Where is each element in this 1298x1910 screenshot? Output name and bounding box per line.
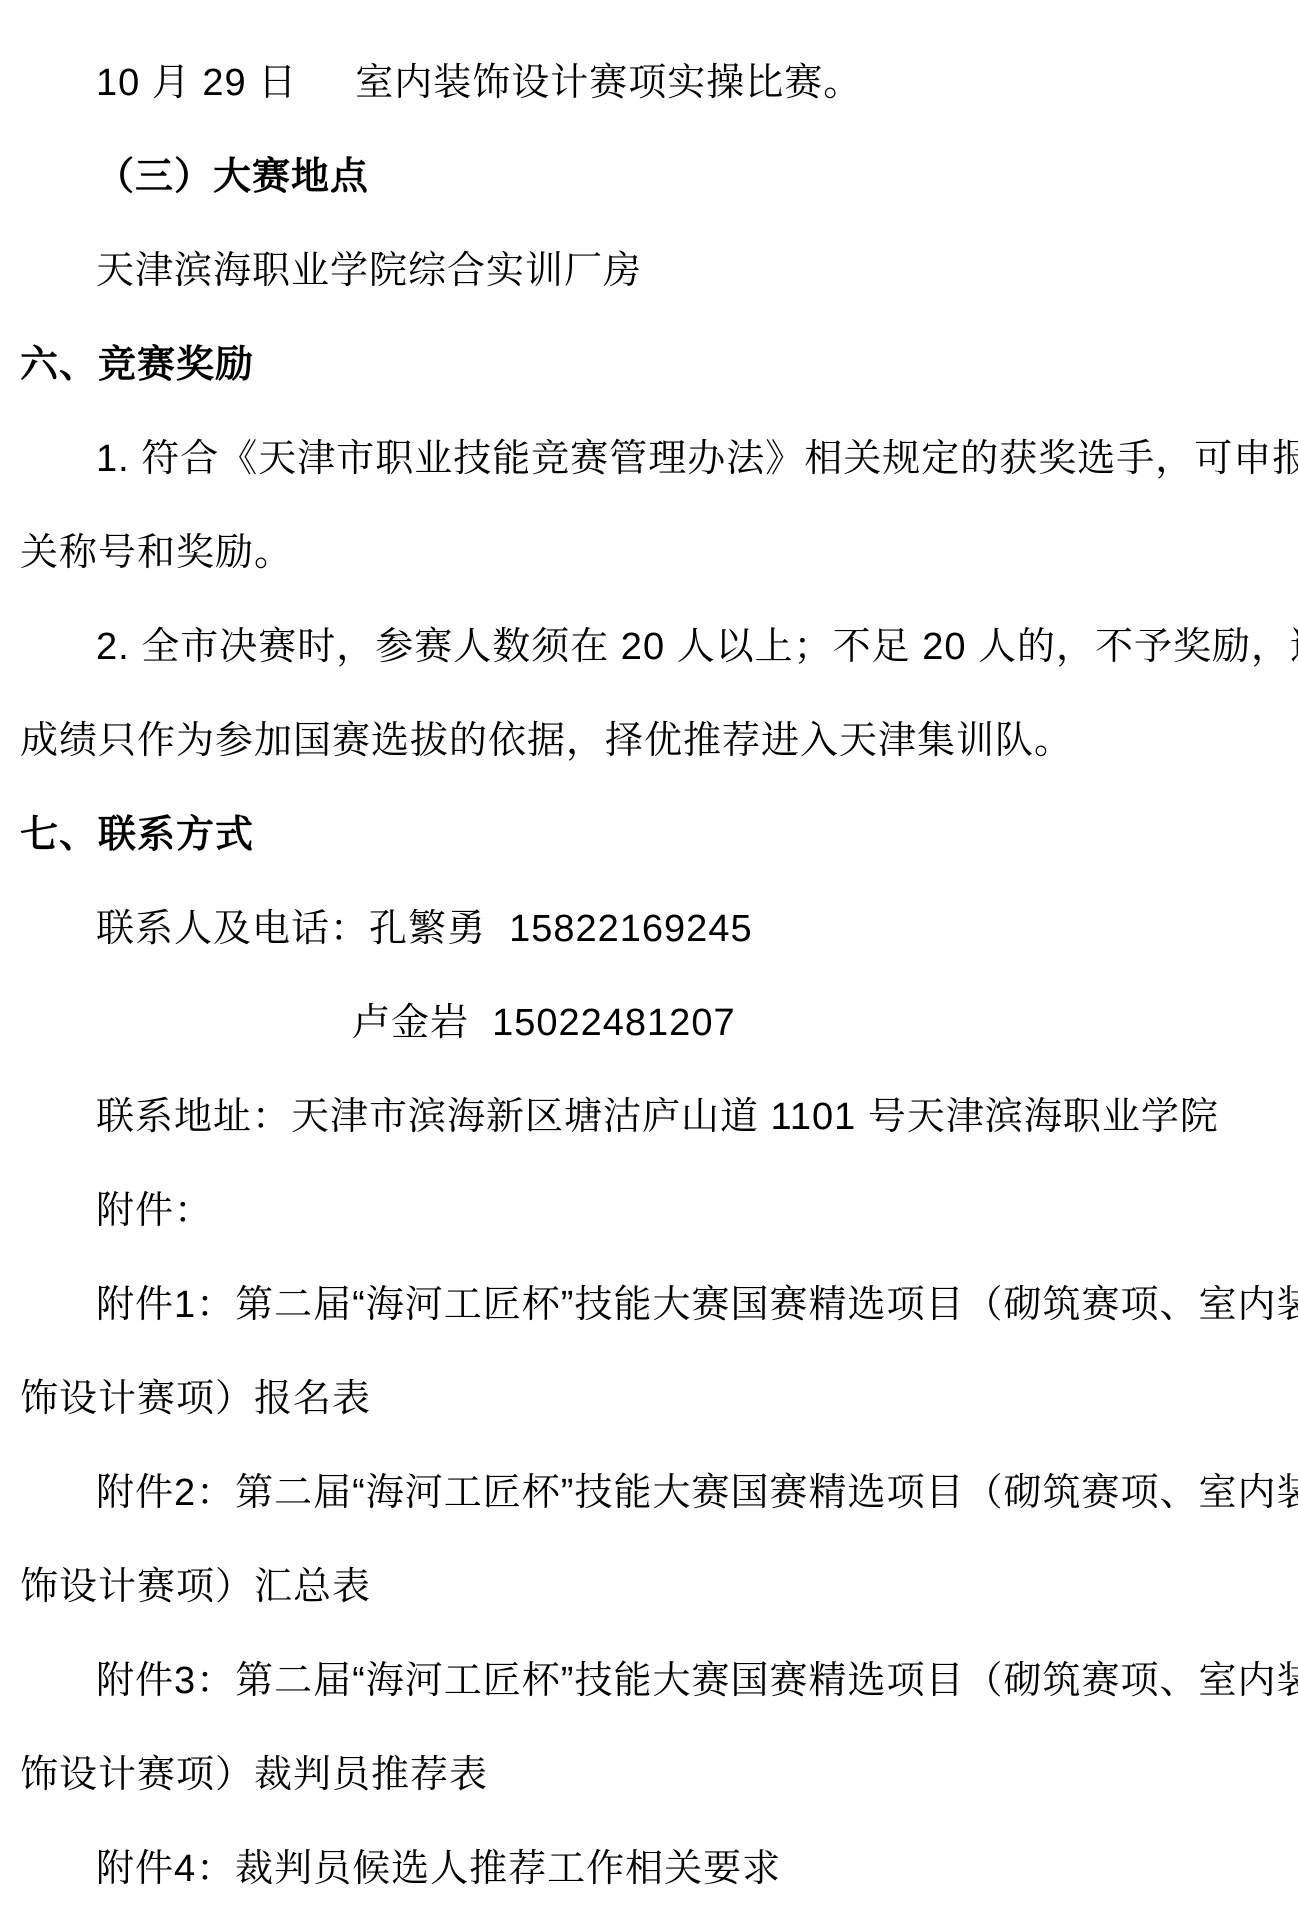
schedule-date: 10 月 29 日 (96, 62, 297, 104)
section-heading-awards: 六、竞赛奖励 (20, 318, 1278, 412)
awards-item1-line2: 关称号和奖励。 (20, 506, 1278, 600)
section-heading-contact: 七、联系方式 (20, 788, 1278, 882)
attachment2-line1: 附件2：第二届“海河工匠杯”技能大赛国赛精选项目（砌筑赛项、室内装 (20, 1446, 1278, 1540)
document-page: 10 月 29 日室内装饰设计赛项实操比赛。 （三）大赛地点 天津滨海职业学院综… (0, 0, 1298, 1910)
attachments-label: 附件： (20, 1164, 1278, 1258)
tab-gap (297, 94, 355, 95)
section-heading-location: （三）大赛地点 (20, 130, 1278, 224)
contact-person-line2: 卢金岩 15022481207 (20, 976, 1278, 1070)
attachment3-line1: 附件3：第二届“海河工匠杯”技能大赛国赛精选项目（砌筑赛项、室内装 (20, 1634, 1278, 1728)
attachment2-line2: 饰设计赛项）汇总表 (20, 1540, 1278, 1634)
attachment3-line2: 饰设计赛项）裁判员推荐表 (20, 1728, 1278, 1822)
attachment1-line2: 饰设计赛项）报名表 (20, 1352, 1278, 1446)
awards-item1-line1: 1. 符合《天津市职业技能竞赛管理办法》相关规定的获奖选手，可申报相 (20, 412, 1278, 506)
awards-item2-line1: 2. 全市决赛时，参赛人数须在 20 人以上；不足 20 人的，不予奖励，选手 (20, 600, 1278, 694)
contact-address-line: 联系地址：天津市滨海新区塘沽庐山道 1101 号天津滨海职业学院 (20, 1070, 1278, 1164)
venue-line: 天津滨海职业学院综合实训厂房 (20, 224, 1278, 318)
awards-item2-line2: 成绩只作为参加国赛选拔的依据，择优推荐进入天津集训队。 (20, 694, 1278, 788)
attachment1-line1: 附件1：第二届“海河工匠杯”技能大赛国赛精选项目（砌筑赛项、室内装 (20, 1258, 1278, 1352)
attachment4-line: 附件4：裁判员候选人推荐工作相关要求 (20, 1822, 1278, 1910)
contact-person-line: 联系人及电话：孔繁勇 15822169245 (20, 882, 1278, 976)
schedule-event: 室内装饰设计赛项实操比赛。 (355, 62, 862, 104)
schedule-line: 10 月 29 日室内装饰设计赛项实操比赛。 (20, 36, 1278, 130)
